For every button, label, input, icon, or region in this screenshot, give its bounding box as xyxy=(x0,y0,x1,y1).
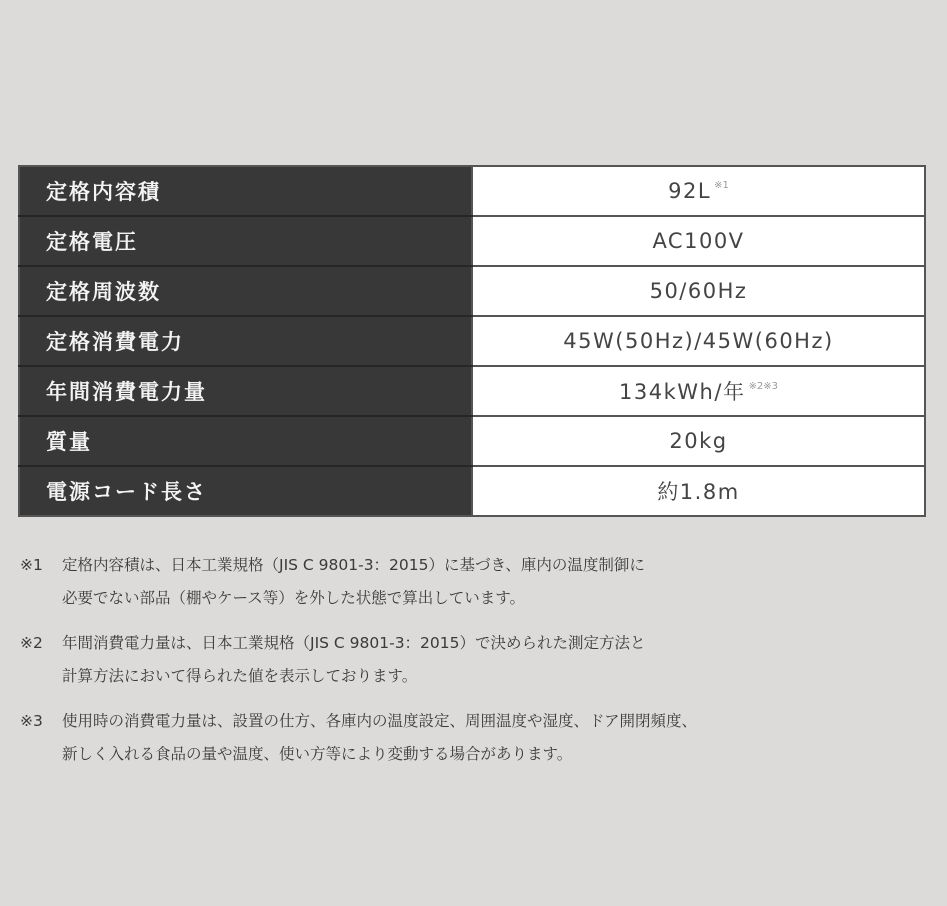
value-text: AC100V xyxy=(652,229,744,253)
row-value: 92L※1 xyxy=(472,166,925,216)
row-value: 約1.8m xyxy=(472,466,925,516)
row-label: 定格消費電力 xyxy=(19,316,472,366)
footnote-text: 年間消費電力量は、日本工業規格（JIS C 9801-3：2015）で決められた… xyxy=(62,634,646,652)
footnote-text: 必要でない部品（棚やケース等）を外した状態で算出しています。 xyxy=(20,582,930,615)
row-value: AC100V xyxy=(472,216,925,266)
row-label: 年間消費電力量 xyxy=(19,366,472,416)
table-row-frequency: 定格周波数 50/60Hz xyxy=(19,266,925,316)
row-value: 50/60Hz xyxy=(472,266,925,316)
row-label: 定格内容積 xyxy=(19,166,472,216)
footnote-text: 使用時の消費電力量は、設置の仕方、各庫内の温度設定、周囲温度や湿度、ドア開閉頻度… xyxy=(62,712,697,730)
row-label: 定格周波数 xyxy=(19,266,472,316)
footnote-3: ※3使用時の消費電力量は、設置の仕方、各庫内の温度設定、周囲温度や湿度、ドア開閉… xyxy=(20,705,930,771)
footnote-1: ※1定格内容積は、日本工業規格（JIS C 9801-3：2015）に基づき、庫… xyxy=(20,549,930,615)
row-value: 45W(50Hz)/45W(60Hz) xyxy=(472,316,925,366)
footnote-text: 定格内容積は、日本工業規格（JIS C 9801-3：2015）に基づき、庫内の… xyxy=(62,556,645,574)
value-text: 20kg xyxy=(669,429,727,453)
table-row-annual-energy: 年間消費電力量 134kWh/年※2※3 xyxy=(19,366,925,416)
footnote-ref: ※2※3 xyxy=(748,381,777,392)
footnote-mark: ※2 xyxy=(20,627,62,660)
footnote-text: 計算方法において得られた値を表示しております。 xyxy=(20,660,930,693)
value-text: 92L xyxy=(668,179,711,203)
footnote-ref: ※1 xyxy=(714,180,729,191)
footnote-2: ※2年間消費電力量は、日本工業規格（JIS C 9801-3：2015）で決めら… xyxy=(20,627,930,693)
value-text: 45W(50Hz)/45W(60Hz) xyxy=(563,329,833,353)
table-row-cord-length: 電源コード長さ 約1.8m xyxy=(19,466,925,516)
table-row-power: 定格消費電力 45W(50Hz)/45W(60Hz) xyxy=(19,316,925,366)
value-text: 50/60Hz xyxy=(650,279,748,303)
footnote-text: 新しく入れる食品の量や温度、使い方等により変動する場合があります。 xyxy=(20,738,930,771)
footnote-mark: ※3 xyxy=(20,705,62,738)
row-label: 質量 xyxy=(19,416,472,466)
spec-table: 定格内容積 92L※1 定格電圧 AC100V 定格周波数 50/60Hz 定格… xyxy=(18,165,926,517)
value-text: 約1.8m xyxy=(657,480,739,504)
footnote-mark: ※1 xyxy=(20,549,62,582)
table-row-voltage: 定格電圧 AC100V xyxy=(19,216,925,266)
row-value: 134kWh/年※2※3 xyxy=(472,366,925,416)
value-text: 134kWh/年 xyxy=(619,380,745,404)
row-label: 電源コード長さ xyxy=(19,466,472,516)
footnotes: ※1定格内容積は、日本工業規格（JIS C 9801-3：2015）に基づき、庫… xyxy=(20,549,930,783)
row-value: 20kg xyxy=(472,416,925,466)
row-label: 定格電圧 xyxy=(19,216,472,266)
table-row-capacity: 定格内容積 92L※1 xyxy=(19,166,925,216)
table-row-weight: 質量 20kg xyxy=(19,416,925,466)
